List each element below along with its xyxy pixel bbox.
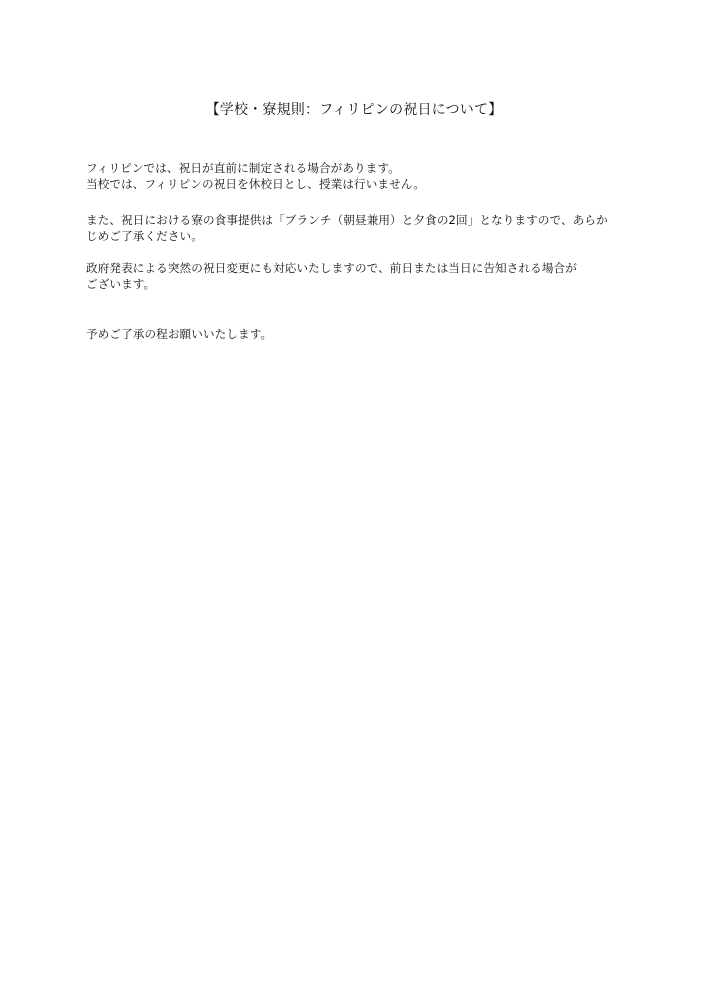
document-title: 【学校・寮規則：フィリピンの祝日について】 [0, 101, 708, 119]
document-page: 【学校・寮規則：フィリピンの祝日について】 フィリピンでは、祝日が直前に制定され… [0, 0, 708, 1000]
paragraph-2-line-1: また、祝日における寮の食事提供は「ブランチ（朝昼兼用）と夕食の2回」となりますの… [86, 212, 608, 228]
paragraph-2-line-2: じめご了承ください。 [86, 228, 203, 244]
paragraph-1-line-2: 当校では、フィリピンの祝日を休校日とし、授業は行いません。 [86, 176, 425, 192]
paragraph-3-line-2: ございます。 [86, 276, 155, 292]
paragraph-3-line-1: 政府発表による突然の祝日変更にも対応いたしますので、前日または当日に告知される場… [86, 260, 577, 276]
closing-line: 予めご了承の程お願いいたします。 [86, 326, 272, 342]
paragraph-1-line-1: フィリピンでは、祝日が直前に制定される場合があります。 [86, 160, 400, 176]
